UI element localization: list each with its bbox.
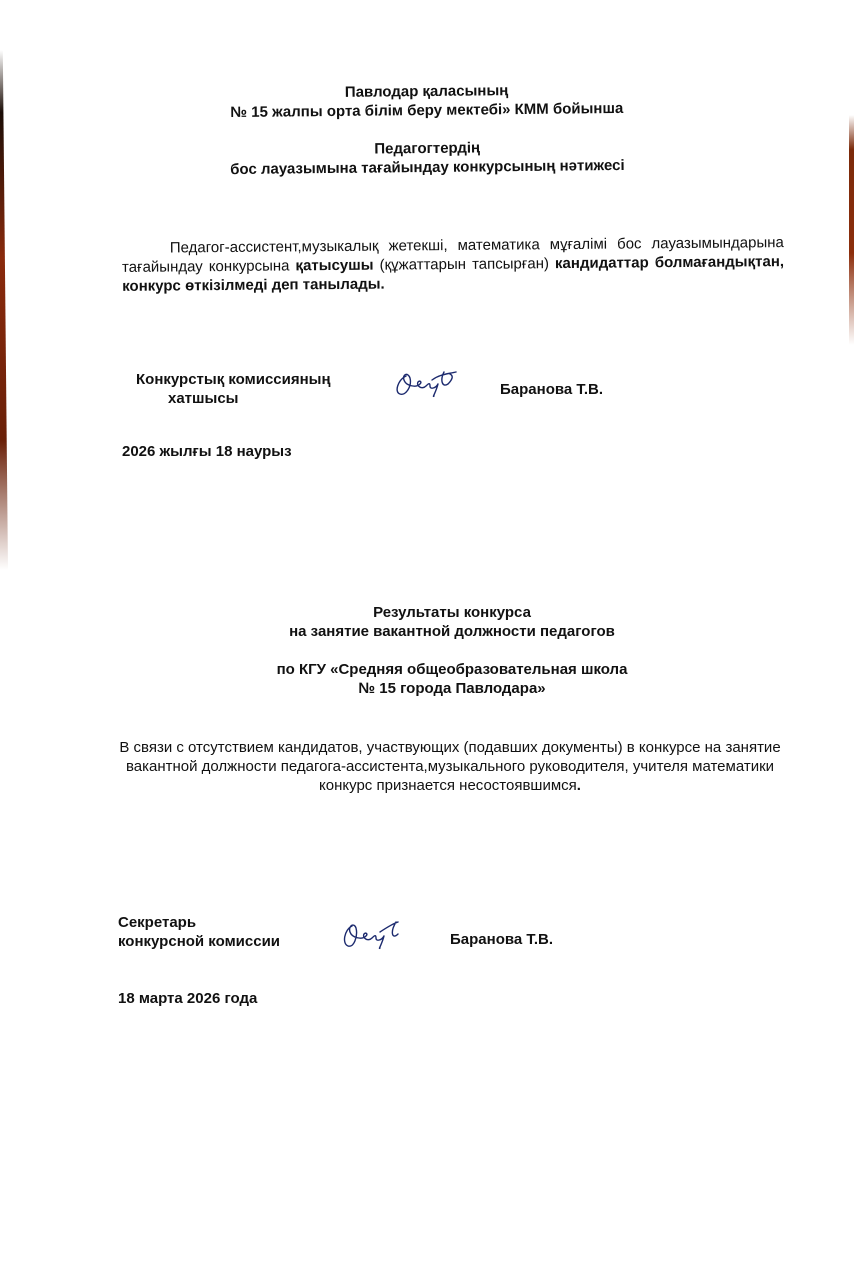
- russian-signature-icon: [340, 918, 406, 952]
- russian-title-line-2: на занятие вакантной должности педагогов: [0, 622, 854, 641]
- kazakh-signer-role-line-2: хатшысы: [136, 389, 331, 408]
- kazakh-signer-role-line-1: Конкурстық комиссияның: [136, 370, 331, 389]
- russian-body-paragraph: В связи с отсутствием кандидатов, участв…: [110, 738, 790, 795]
- russian-body-part-2: .: [577, 777, 581, 794]
- kazakh-body-paragraph: Педагог-ассистент,музыкалық жетекші, мат…: [122, 233, 784, 296]
- russian-signer-role-line-2: конкурсной комиссии: [118, 932, 280, 951]
- russian-signer-name: Баранова Т.В.: [450, 930, 553, 949]
- kazakh-body-part-2: қатысушы: [295, 257, 373, 275]
- kazakh-heading: Павлодар қаласының № 15 жалпы орта білім…: [0, 78, 854, 182]
- russian-signer-role-line-1: Секретарь: [118, 913, 280, 932]
- russian-subtitle-line-2: № 15 города Павлодара»: [0, 679, 854, 698]
- kazakh-signature-icon: [392, 366, 464, 402]
- russian-heading: Результаты конкурса на занятие вакантной…: [0, 603, 854, 698]
- kazakh-body-part-3: (құжаттарын тапсырған): [373, 255, 555, 274]
- kazakh-signer-role: Конкурстық комиссияның хатшысы: [136, 370, 331, 408]
- russian-signer-role: Секретарь конкурсной комиссии: [118, 913, 280, 951]
- russian-title-line-1: Результаты конкурса: [0, 603, 854, 622]
- russian-subtitle-line-1: по КГУ «Средняя общеобразовательная школ…: [0, 660, 854, 679]
- russian-date: 18 марта 2026 года: [118, 990, 257, 1007]
- kazakh-date: 2026 жылғы 18 наурыз: [122, 443, 292, 460]
- kazakh-signer-name: Баранова Т.В.: [500, 380, 603, 399]
- russian-body-part-1: В связи с отсутствием кандидатов, участв…: [119, 739, 780, 794]
